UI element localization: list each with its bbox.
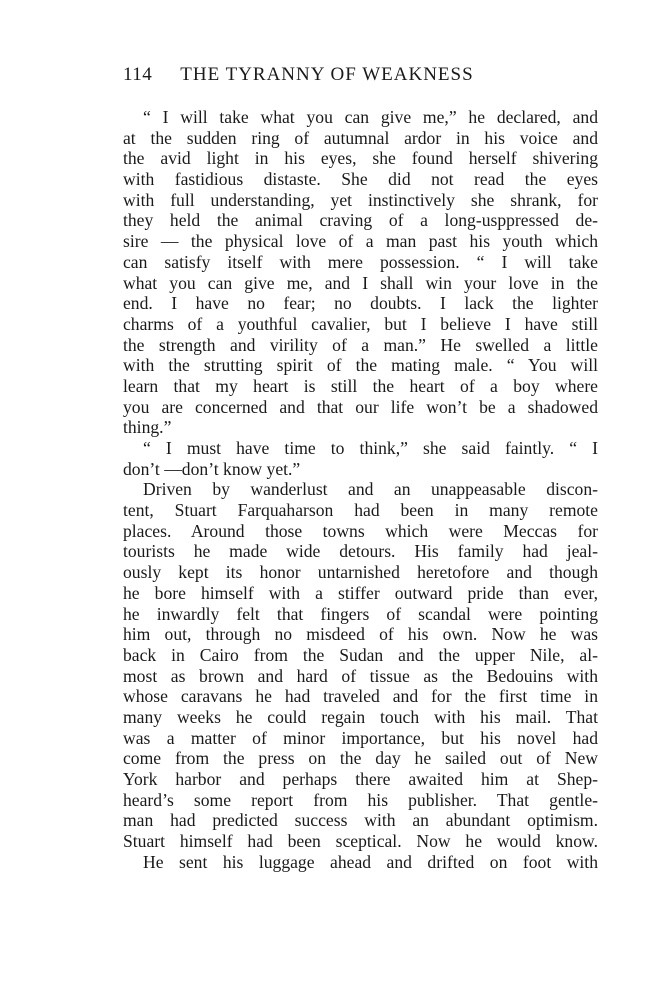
text-line: charms of a youthful cavalier, but I bel… [123,314,598,335]
text-line: with the strutting spirit of the mating … [123,355,598,376]
text-line: “ I will take what you can give me,” he … [123,107,598,128]
text-line: end. I have no fear; no doubts. I lack t… [123,293,598,314]
text-line: back in Cairo from the Sudan and the upp… [123,645,598,666]
page-number: 114 [123,62,175,88]
text-line: come from the press on the day he sailed… [123,748,598,769]
text-line: the strength and virility of a man.” He … [123,335,598,356]
text-line: with full understanding, yet instinctive… [123,190,598,211]
text-line: he inwardly felt that fingers of scandal… [123,604,598,625]
text-line: He sent his luggage ahead and drifted on… [123,852,598,873]
text-line: he bore himself with a stiffer outward p… [123,583,598,604]
text-line: thing.” [123,417,598,438]
text-line: don’t —don’t know yet.” [123,459,598,480]
text-line: you are concerned and that our life won’… [123,397,598,418]
book-title: THE TYRANNY OF WEAKNESS [180,62,473,88]
text-line: most as brown and hard of tissue as the … [123,666,598,687]
text-line: Driven by wanderlust and an unappeasable… [123,479,598,500]
text-line: heard’s some report from his publisher. … [123,790,598,811]
text-line: Stuart himself had been sceptical. Now h… [123,831,598,852]
text-line: with fastidious distaste. She did not re… [123,169,598,190]
text-line: they held the animal craving of a long-u… [123,210,598,231]
running-head: 114 THE TYRANNY OF WEAKNESS [123,62,598,88]
text-line: him out, through no misdeed of his own. … [123,624,598,645]
book-page: 114 THE TYRANNY OF WEAKNESS “ I will tak… [0,0,664,1000]
text-line: learn that my heart is still the heart o… [123,376,598,397]
text-line: tourists he made wide detours. His famil… [123,541,598,562]
text-line: many weeks he could regain touch with hi… [123,707,598,728]
body-text: “ I will take what you can give me,” he … [123,107,598,872]
text-line: was a matter of minor importance, but hi… [123,728,598,749]
text-line: man had predicted success with an abunda… [123,810,598,831]
text-line: tent, Stuart Farquaharson had been in ma… [123,500,598,521]
text-line: sire — the physical love of a man past h… [123,231,598,252]
text-line: York harbor and perhaps there awaited hi… [123,769,598,790]
text-line: places. Around those towns which were Me… [123,521,598,542]
text-line: at the sudden ring of autumnal ardor in … [123,128,598,149]
text-line: whose caravans he had traveled and for t… [123,686,598,707]
text-line: the avid light in his eyes, she found he… [123,148,598,169]
text-line: can satisfy itself with mere possession.… [123,252,598,273]
text-line: what you can give me, and I shall win yo… [123,273,598,294]
text-line: ously kept its honor untarnished heretof… [123,562,598,583]
text-line: “ I must have time to think,” she said f… [123,438,598,459]
